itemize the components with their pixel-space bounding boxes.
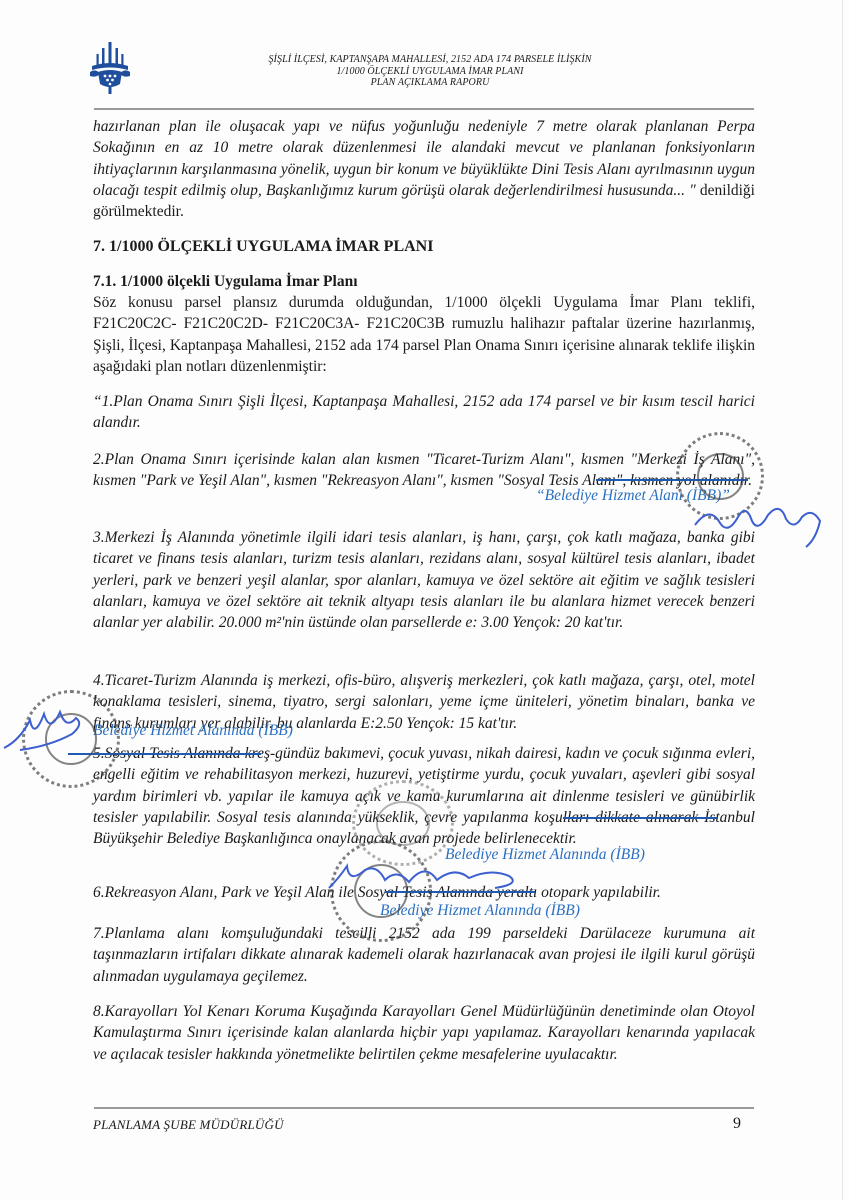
footer-rule (94, 1107, 754, 1109)
document-header: ŞİŞLİ İLÇESİ, KAPTANŞAPA MAHALLESİ, 2152… (150, 54, 710, 89)
plan-note-1: “1.Plan Onama Sınırı Şişli İlçesi, Kapta… (93, 391, 755, 434)
header-line-3: PLAN AÇIKLAMA RAPORU (150, 77, 710, 89)
signature-icon (0, 700, 90, 760)
signature-icon (690, 495, 830, 550)
intro-quote: hazırlanan plan ile oluşacak yapı ve nüf… (93, 118, 755, 199)
official-stamp-icon (352, 780, 454, 866)
plan-note-8: 8.Karayolları Yol Kenarı Koruma Kuşağınd… (93, 1001, 755, 1065)
ibb-logo-icon (88, 40, 132, 96)
section-paragraph: Söz konusu parsel plansız durumda olduğu… (93, 292, 755, 377)
page-edge (842, 0, 843, 1200)
document-page: ŞİŞLİ İLÇESİ, KAPTANŞAPA MAHALLESİ, 2152… (0, 0, 849, 1200)
plan-note-3: 3.Merkezi İş Alanında yönetimle ilgili i… (93, 527, 755, 633)
section-title: 7. 1/1000 ÖLÇEKLİ UYGULAMA İMAR PLANI (93, 238, 433, 256)
header-rule (94, 108, 754, 110)
intro-paragraph: hazırlanan plan ile oluşacak yapı ve nüf… (93, 116, 755, 222)
plan-note-2: 2.Plan Onama Sınırı içerisinde kalan ala… (93, 449, 755, 492)
header-line-1: ŞİŞLİ İLÇESİ, KAPTANŞAPA MAHALLESİ, 2152… (150, 54, 710, 66)
footer-department: PLANLAMA ŞUBE MÜDÜRLÜĞÜ (93, 1117, 284, 1133)
page-number: 9 (733, 1115, 741, 1133)
plan-note-7: 7.Planlama alanı komşuluğundaki tescilli… (93, 923, 755, 987)
section-subtitle: 7.1. 1/1000 ölçekli Uygulama İmar Planı (93, 273, 358, 291)
correction-note-5a: Belediye Hizmet Alanında (İBB) (93, 722, 293, 740)
signature-icon (325, 858, 525, 898)
header-line-2: 1/1000 ÖLÇEKLİ UYGULAMA İMAR PLANI (150, 66, 710, 78)
strikethrough-mark (563, 817, 718, 819)
